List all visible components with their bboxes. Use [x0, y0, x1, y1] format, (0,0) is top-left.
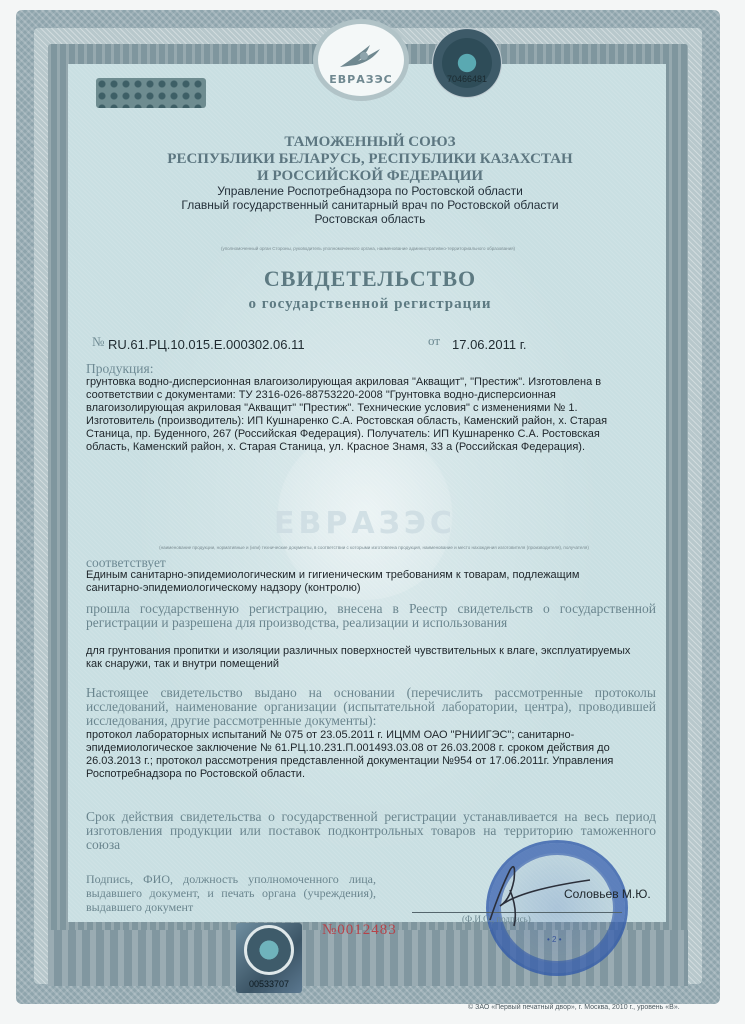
basis-line: эпидемиологическое заключение № 61.РЦ.10…	[86, 742, 666, 755]
hologram-bottom: 00533707	[236, 923, 302, 993]
document-title: СВИДЕТЕЛЬСТВО	[120, 266, 620, 292]
basis-line: 26.03.2013 г.; протокол рассмотрения пре…	[86, 755, 666, 768]
form-serial-number: №0012483	[322, 922, 397, 939]
registration-date: 17.06.2011 г.	[452, 337, 526, 352]
registration-statement: прошла государственную регистрацию, внес…	[86, 602, 656, 630]
conformity-requirements: Единым санитарно-эпидемиологическим и ги…	[86, 569, 666, 595]
hologram-serial-bottom: 00533707	[249, 979, 289, 989]
usage-line: для грунтования пропитки и изоляции разл…	[86, 645, 666, 658]
document-subtitle: о государственной регистрации	[120, 296, 620, 313]
product-line: Станица, пр. Буденного, 267 (Российская …	[86, 428, 666, 441]
hologram-ring-icon	[244, 925, 294, 975]
basis-statement: Настоящее свидетельство выдано на основа…	[86, 686, 656, 728]
bird-logo-icon	[336, 41, 386, 71]
watermark: ЕВРАЗЭС	[240, 430, 490, 630]
registration-number: RU.61.РЦ.10.015.Е.000302.06.11	[108, 337, 305, 352]
basis-documents: протокол лабораторных испытаний № 075 от…	[86, 729, 666, 781]
issuing-agency: Управление Роспотребнадзора по Ростовско…	[120, 184, 620, 226]
watermark-text: ЕВРАЗЭС	[274, 506, 456, 541]
hologram-top: 70466481	[432, 28, 502, 98]
product-label: Продукция:	[86, 362, 153, 376]
number-sign: №	[92, 334, 104, 350]
agency-line-1: Управление Роспотребнадзора по Ростовско…	[120, 184, 620, 198]
printer-note: © ЗАО «Первый печатный двор», г. Москва,…	[468, 1004, 680, 1011]
product-line: Изготовитель (производитель): ИП Кушнаре…	[86, 415, 666, 428]
agency-line-2: Главный государственный санитарный врач …	[120, 198, 620, 212]
signature-caption: Подпись, ФИО, должность уполномоченного …	[86, 872, 376, 914]
security-strip	[96, 78, 206, 108]
union-line-1: ТАМОЖЕННЫЙ СОЮЗ	[120, 134, 620, 151]
union-line-2: РЕСПУБЛИКИ БЕЛАРУСЬ, РЕСПУБЛИКИ КАЗАХСТА…	[120, 151, 620, 168]
hologram-serial-top: 70466481	[447, 74, 487, 84]
conformity-label: соответствует	[86, 556, 166, 570]
usage-line: как снаружи, так и внутри помещений	[86, 658, 666, 671]
product-line: влагоизолирующая акриловая "Акващит" "Пр…	[86, 402, 666, 415]
product-description: грунтовка водно-дисперсионная влагоизоли…	[86, 376, 666, 454]
union-line-3: И РОССИЙСКОЙ ФЕДЕРАЦИИ	[120, 168, 620, 185]
stamp-center-mark: • 2 •	[547, 935, 562, 944]
basis-line: протокол лабораторных испытаний № 075 от…	[86, 729, 666, 742]
basis-line: Роспотребнадзора по Ростовской области.	[86, 768, 666, 781]
conformity-line: санитарно-эпидемиологическому надзору (к…	[86, 582, 666, 595]
eurasec-emblem: ЕВРАЗЭС	[318, 24, 404, 96]
handwritten-signature-icon	[470, 850, 600, 930]
emblem-label: ЕВРАЗЭС	[329, 73, 392, 86]
conformity-line: Единым санитарно-эпидемиологическим и ги…	[86, 569, 666, 582]
date-label: от	[428, 333, 440, 349]
usage-scope: для грунтования пропитки и изоляции разл…	[86, 645, 666, 671]
product-line: грунтовка водно-дисперсионная влагоизоли…	[86, 376, 666, 389]
authority-caption: (уполномоченный орган Стороны, руководит…	[118, 246, 618, 251]
product-caption: (наименование продукции, нормативные и (…	[84, 545, 664, 550]
agency-line-3: Ростовская область	[120, 212, 620, 226]
union-title: ТАМОЖЕННЫЙ СОЮЗ РЕСПУБЛИКИ БЕЛАРУСЬ, РЕС…	[120, 134, 620, 185]
product-line: соответствии с документами: ТУ 2316-026-…	[86, 389, 666, 402]
product-line: область, Каменский район, х. Старая Стан…	[86, 441, 666, 454]
